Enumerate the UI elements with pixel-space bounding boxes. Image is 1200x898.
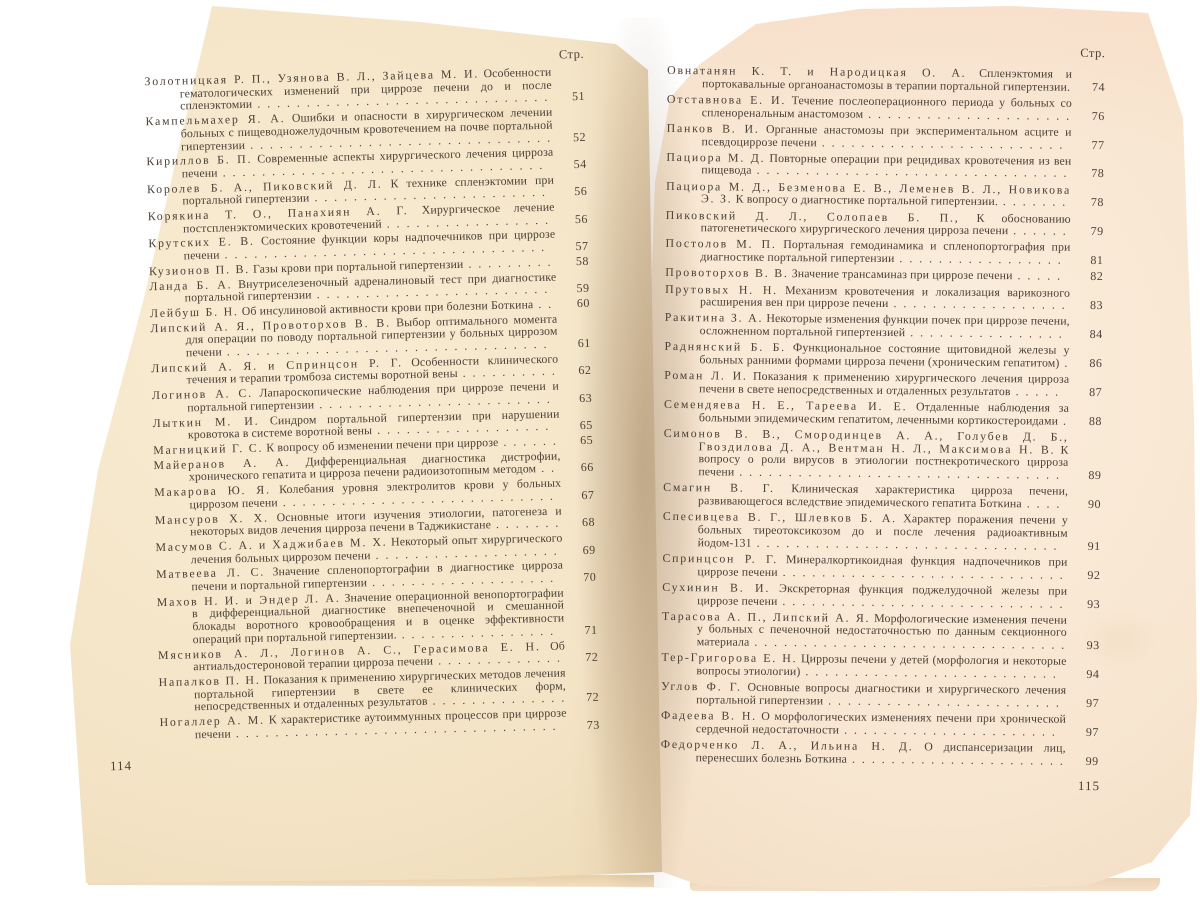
dot-leader: . . . . . . . . . . . . . . . . . . . . … — [817, 135, 1065, 151]
dot-leader: . . — [533, 297, 553, 311]
entry-page-number: 68 — [582, 516, 595, 529]
entry-page-number: 56 — [575, 213, 588, 226]
dot-leader: . — [1058, 414, 1068, 428]
entry-page-number: 78 — [1091, 167, 1104, 180]
entry-page-number: 84 — [1090, 328, 1103, 341]
dot-leader: . . . . . . . . . . . . . . . . . . . . … — [863, 106, 1071, 122]
toc-entry: Сухинин В. И. Экскреторная функция подже… — [662, 581, 1100, 611]
entry-page-number: 65 — [580, 434, 593, 447]
left-page-column: Стр. Золотницкая Р. П., Узянова В. Л., З… — [144, 47, 600, 744]
toc-entry: Отставнова Е. И. Течение послеоперационн… — [667, 93, 1105, 123]
toc-entry: Семендяева Н. Е., Тареева И. Е. Отдаленн… — [664, 398, 1102, 428]
left-toc-list: Золотницкая Р. П., Узянова В. Л., Зайцев… — [144, 65, 600, 742]
dot-leader: . . . . . . . . . . — [458, 364, 557, 380]
right-page-folio: 115 — [1052, 778, 1100, 794]
entry-page-number: 72 — [585, 651, 598, 664]
toc-entry: Махов Н. И. и Эндер Л. А. Значение опера… — [157, 585, 598, 646]
entry-page-number: 94 — [1086, 668, 1099, 681]
entry-page-number: 90 — [1088, 498, 1101, 511]
left-page-folio: 114 — [110, 758, 132, 774]
entry-page-number: 66 — [581, 461, 594, 474]
entry-page-number: 83 — [1090, 299, 1103, 312]
toc-entry: Тарасова А. П., Липский А. Я. Морфологич… — [662, 610, 1100, 652]
right-toc-list: Овнатанян К. Т. и Народицкая О. А. Сплен… — [661, 64, 1106, 768]
dot-leader: . . . . . . . . . . . . . . . . . . . . … — [823, 693, 1061, 709]
dot-leader: . . . . . . . . . . . . . . . . . . . . … — [734, 465, 1061, 482]
entry-page-number: 70 — [583, 571, 596, 584]
entry-page-number: 67 — [581, 489, 594, 502]
entry-page-number: 52 — [573, 130, 586, 143]
dot-leader: . — [1059, 356, 1069, 370]
entry-page-number: 93 — [1087, 597, 1100, 610]
toc-entry: Панков В. И. Органные анастомозы при экс… — [666, 122, 1104, 152]
dot-leader: . . . . . — [1013, 269, 1063, 283]
toc-entry: Углов Ф. Г. Основные вопросы диагностики… — [661, 680, 1099, 710]
dot-leader: . . . . . . . . . . . . . . . . . . . . … — [839, 722, 1057, 738]
entry-page-number: 92 — [1087, 569, 1100, 582]
entry-page-number: 88 — [1089, 415, 1102, 428]
entry-page-number: 99 — [1086, 755, 1099, 768]
toc-entry: Роман Л. И. Показания к применению хирур… — [664, 369, 1102, 399]
dot-leader: . . . . . . . . . — [463, 255, 552, 271]
entry-page-number: 54 — [573, 158, 586, 171]
dot-leader: . . . . . . . . . . . . . . . . . . . . … — [752, 535, 1059, 552]
entry-page-number: 57 — [575, 240, 588, 253]
toc-entry: Фадеева В. Н. О морфологических изменени… — [661, 709, 1099, 739]
entry-page-number: 82 — [1090, 270, 1103, 283]
entry-page-number: 69 — [583, 543, 596, 556]
entry-page-number: 61 — [578, 337, 591, 350]
entry-authors: Лейбуш Б. Н. — [150, 304, 239, 320]
entry-page-number: 97 — [1086, 726, 1099, 739]
dot-leader: . . . . . . . . . . . . . . . . . . . . … — [800, 664, 1057, 680]
dot-leader: . . . . . — [1011, 384, 1061, 398]
dot-leader: . . . . . . — [1008, 223, 1068, 238]
dot-leader: . . . . . . . . . . . . . . . . . . — [888, 296, 1066, 312]
entry-page-number: 86 — [1089, 357, 1102, 370]
entry-page-number: 89 — [1088, 469, 1101, 482]
toc-entry: Раднянский Б. Б. Функциональное состояни… — [664, 340, 1102, 370]
entry-page-number: 59 — [576, 282, 589, 295]
entry-page-number: 74 — [1092, 81, 1105, 94]
entry-page-number: 87 — [1089, 386, 1102, 399]
toc-entry: Пациора М. Д. Повторные операции при рец… — [666, 151, 1104, 181]
toc-entry: Тер-Григорова Е. Н. Циррозы печени у дет… — [661, 651, 1099, 681]
entry-page-number: 56 — [574, 185, 587, 198]
entry-page-number: 62 — [578, 364, 591, 377]
entry-authors: Кузионов П. В. — [149, 262, 250, 278]
entry-page-number: 65 — [580, 419, 593, 432]
entry-authors: Провоторхов В. В. — [665, 265, 789, 280]
toc-entry: Провоторхов В. В. Значение трансаминаз п… — [665, 266, 1103, 283]
toc-entry: Пациора М. Д., Безменова Е. В., Леменев … — [666, 180, 1104, 210]
toc-entry: Федорченко Л. А., Ильина Н. Д. О диспанс… — [661, 738, 1099, 768]
dot-leader: . . . . . . . . . . . . . . . . . — [894, 251, 1062, 267]
book-photo: Стр. Золотницкая Р. П., Узянова В. Л., З… — [0, 0, 1200, 898]
toc-entry: Постолов М. П. Портальная гемодинамика и… — [665, 237, 1103, 267]
right-page-column: Стр. Овнатанян К. Т. и Народицкая О. А. … — [661, 42, 1106, 771]
dot-leader: . . . . . . . . . . . . . . . . . . . . … — [752, 163, 1069, 180]
entry-page-number: 58 — [576, 255, 589, 268]
right-page-header: Стр. — [667, 42, 1105, 61]
entry-page-number: 77 — [1091, 139, 1104, 152]
toc-entry: Овнатанян К. Т. и Народицкая О. А. Сплен… — [667, 64, 1105, 94]
entry-title: К вопросу о диагностике портальной гипер… — [732, 192, 998, 209]
toc-entry: Спесивцева В. Г., Шлевков Б. А. Характер… — [663, 510, 1101, 552]
dot-leader: . . . . . . . . . . . . . . . . — [905, 325, 1064, 341]
dot-leader: . . — [536, 461, 556, 475]
entry-page-number: 63 — [579, 392, 592, 405]
dot-leader: . . . . . . . . . . . . . . . . . . . . … — [777, 594, 1064, 611]
dot-leader: . . . . . . . — [491, 516, 561, 532]
entry-page-number: 93 — [1087, 639, 1100, 652]
entry-page-number: 72 — [586, 691, 599, 704]
entry-page-number: 79 — [1091, 225, 1104, 238]
entry-page-number: 91 — [1088, 540, 1101, 553]
entry-page-number: 60 — [577, 297, 590, 310]
toc-entry: Прутовых Н. Н. Механизм кровотечения и л… — [665, 282, 1103, 312]
entry-page-number: 76 — [1092, 110, 1105, 123]
dot-leader: . . . . . . — [498, 434, 558, 449]
entry-page-number: 51 — [572, 90, 585, 103]
entry-title: Значение трансаминаз при циррозе печени — [789, 266, 1013, 282]
dot-leader: . . . . . . . — [998, 194, 1067, 209]
dot-leader: . . . . . . . . . . . . . . . . . . . . … — [847, 751, 1065, 767]
dot-leader: . . . . . . . . . . . . . . . . . . . . … — [778, 565, 1065, 582]
toc-entry: Пиковский Д. Л., Солопаев Б. П., К обосн… — [666, 208, 1104, 238]
toc-entry: Смагин В. Г. Клиническая характеристика … — [663, 481, 1101, 511]
toc-entry: Ракитина З. А. Некоторые изменения функц… — [665, 311, 1103, 341]
entry-page-number: 78 — [1091, 196, 1104, 209]
toc-entry: Спринцсон Р. Г. Минералкортикоидная функ… — [662, 552, 1100, 582]
toc-entry: Симонов В. В., Смородинцев А. А., Голубе… — [663, 427, 1101, 482]
dot-leader: . . . . — [1022, 496, 1062, 510]
entry-page-number: 73 — [587, 718, 600, 731]
entry-page-number: 81 — [1090, 254, 1103, 267]
dot-leader: . . . . . . . . . . . . . . . . . . . . … — [749, 635, 1066, 652]
entry-page-number: 71 — [584, 624, 597, 637]
entry-page-number: 97 — [1086, 697, 1099, 710]
